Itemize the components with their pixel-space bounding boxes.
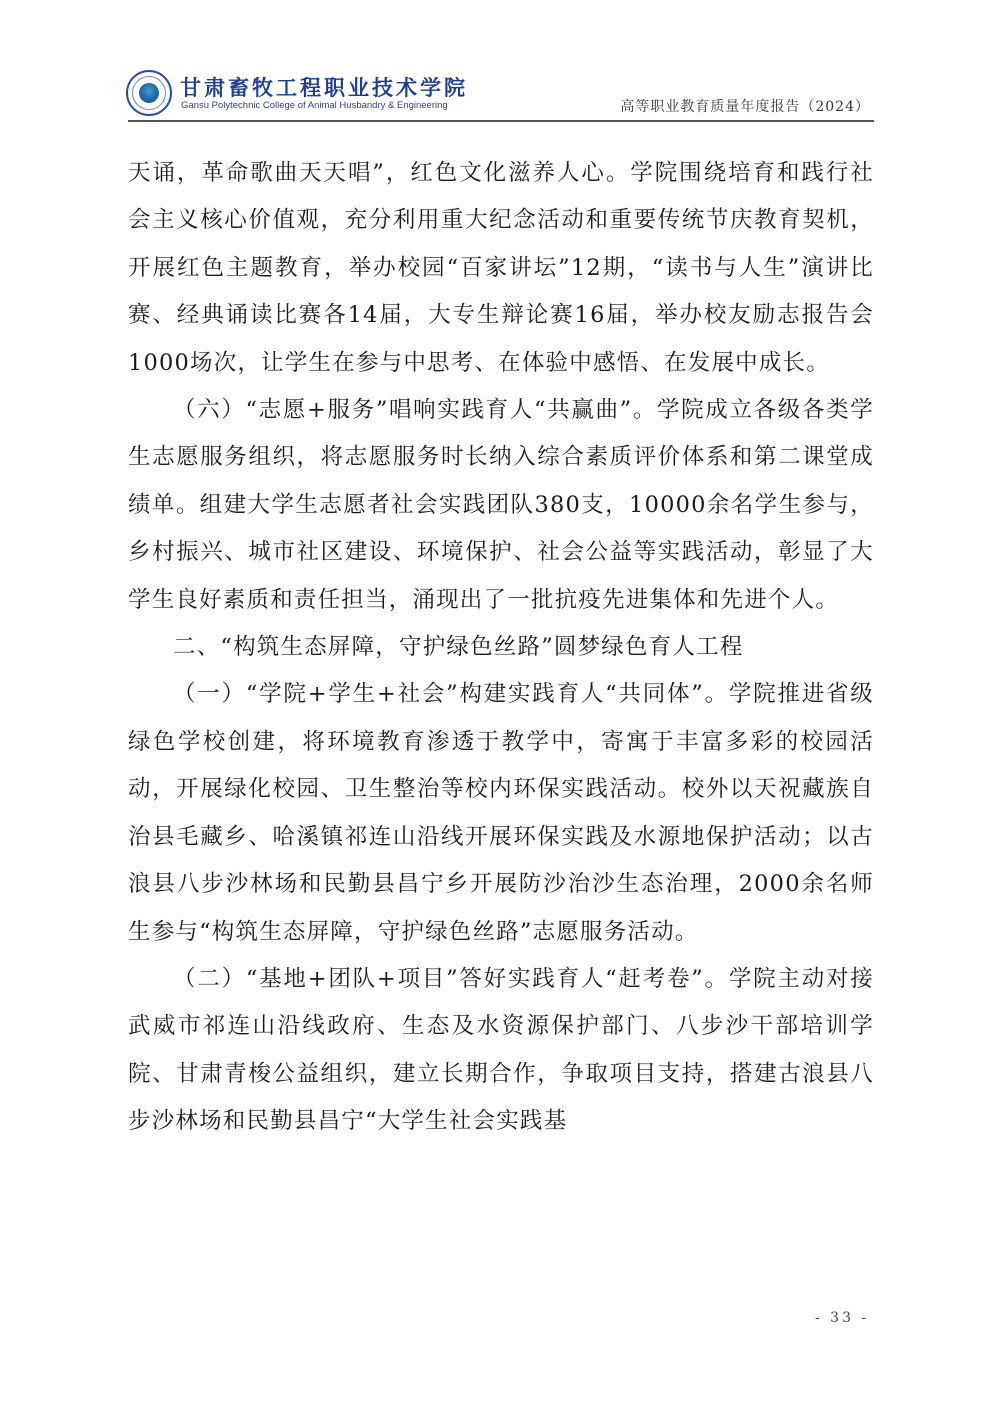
paragraph-volunteer-service: （六）“志愿+服务”唱响实践育人“共赢曲”。学院成立各级各类学生志愿服务组织，将…	[128, 387, 874, 624]
institution-name-cn: 甘肃畜牧工程职业技术学院	[180, 72, 468, 102]
header-divider	[128, 120, 874, 122]
section-heading-green-education: 二、“构筑生态屏障，守护绿色丝路”圆梦绿色育人工程	[128, 624, 874, 671]
paragraph-base-team-project: （二）“基地+团队+项目”答好实践育人“赶考卷”。学院主动对接武威市祁连山沿线政…	[128, 956, 874, 1146]
report-title: 高等职业教育质量年度报告（2024）	[620, 96, 870, 116]
emblem-center	[139, 83, 159, 103]
document-body: 天诵，革命歌曲天天唱”，红色文化滋养人心。学院围绕培育和践行社会主义核心价值观，…	[128, 150, 874, 1146]
institution-name-en: Gansu Polytechnic College of Animal Husb…	[181, 100, 448, 111]
page-header: 甘肃畜牧工程职业技术学院 Gansu Polytechnic College o…	[124, 66, 876, 120]
paragraph-practice-community: （一）“学院+学生+社会”构建实践育人“共同体”。学院推进省级绿色学校创建，将环…	[128, 671, 874, 955]
college-emblem-icon	[126, 70, 172, 116]
paragraph-continuation: 天诵，革命歌曲天天唱”，红色文化滋养人心。学院围绕培育和践行社会主义核心价值观，…	[128, 150, 874, 387]
page-number: - 33 -	[815, 1310, 869, 1326]
